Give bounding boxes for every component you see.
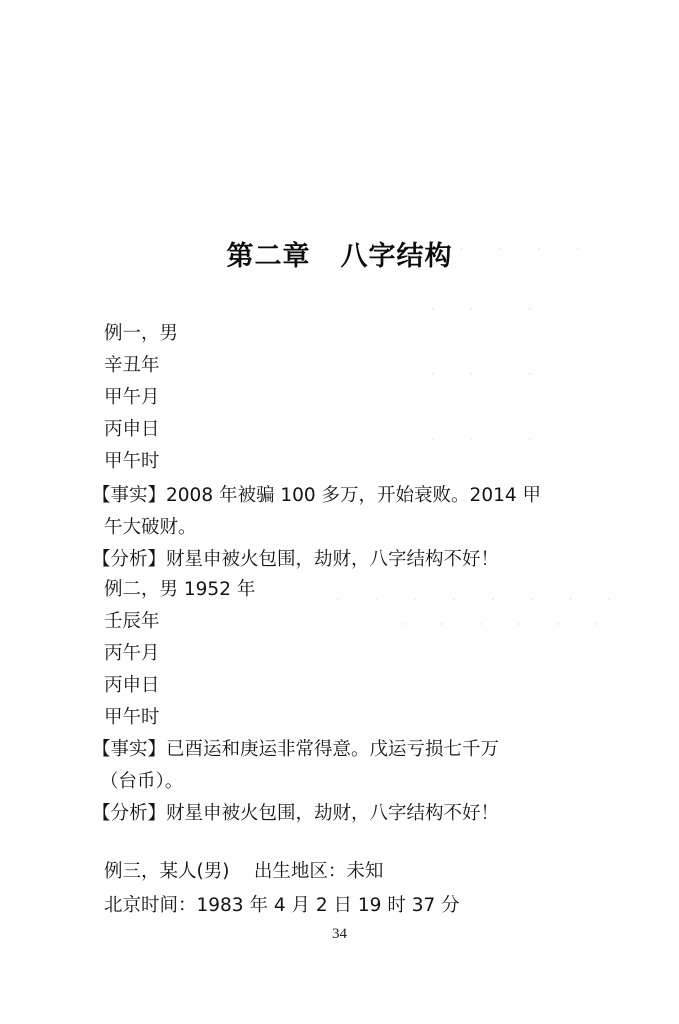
fact-label: 【事实】 — [92, 485, 166, 506]
bleed-through-text: · · · · · · · · — [335, 590, 626, 610]
example-1-year-pillar: 辛丑年 — [104, 354, 160, 378]
example-1-fact: 【事实】2008 年被骗 100 多万，开始衰败。2014 甲 — [92, 484, 541, 508]
example-2-analysis: 【分析】财星申被火包围，劫财，八字结构不好！ — [92, 802, 499, 826]
example-1-day-pillar: 丙申日 — [104, 418, 160, 442]
analysis-text: 财星申被火包围，劫财，八字结构不好！ — [166, 803, 499, 824]
analysis-text: 财星申被火包围，劫财，八字结构不好！ — [166, 549, 499, 570]
example-2-fact-continued: （台币）。 — [100, 770, 183, 794]
example-1-analysis: 【分析】财星申被火包围，劫财，八字结构不好！ — [92, 548, 499, 572]
page-number: 34 — [0, 926, 679, 943]
example-1-fact-continued: 午大破财。 — [104, 516, 197, 540]
example-2-hour-pillar: 甲午时 — [104, 706, 160, 730]
example-2-year-pillar: 壬辰年 — [104, 610, 160, 634]
example-2-heading: 例二，男 1952 年 — [104, 578, 255, 602]
example-2-fact: 【事实】已酉运和庚运非常得意。戊运亏损七千万 — [92, 738, 499, 762]
example-2-month-pillar: 丙午月 — [104, 642, 160, 666]
bleed-through-text: · · · · · · — [400, 615, 613, 635]
example-1-hour-pillar: 甲午时 — [104, 450, 160, 474]
example-1-heading: 例一，男 — [104, 322, 178, 346]
book-page: · · · · · · · · · · · · · · · · · · · · … — [0, 0, 679, 1024]
bleed-through-text: · · · — [430, 300, 546, 320]
fact-text: 2008 年被骗 100 多万，开始衰败。2014 甲 — [166, 485, 541, 506]
fact-text: 已酉运和庚运非常得意。戊运亏损七千万 — [166, 739, 499, 760]
chapter-name: 八字结构 — [341, 241, 453, 272]
example-2-day-pillar: 丙申日 — [104, 674, 160, 698]
chapter-title: 第二章八字结构 — [0, 234, 679, 273]
analysis-label: 【分析】 — [92, 803, 166, 824]
bleed-through-text: · · · — [430, 365, 546, 385]
bleed-through-text: · · · — [430, 430, 546, 450]
example-3-birth-time: 北京时间：1983 年 4 月 2 日 19 时 37 分 — [104, 894, 460, 918]
fact-label: 【事实】 — [92, 739, 166, 760]
analysis-label: 【分析】 — [92, 549, 166, 570]
example-3-heading: 例三，某人(男) 出生地区：未知 — [104, 860, 383, 884]
example-1-month-pillar: 甲午月 — [104, 386, 160, 410]
chapter-number: 第二章 — [227, 241, 311, 272]
